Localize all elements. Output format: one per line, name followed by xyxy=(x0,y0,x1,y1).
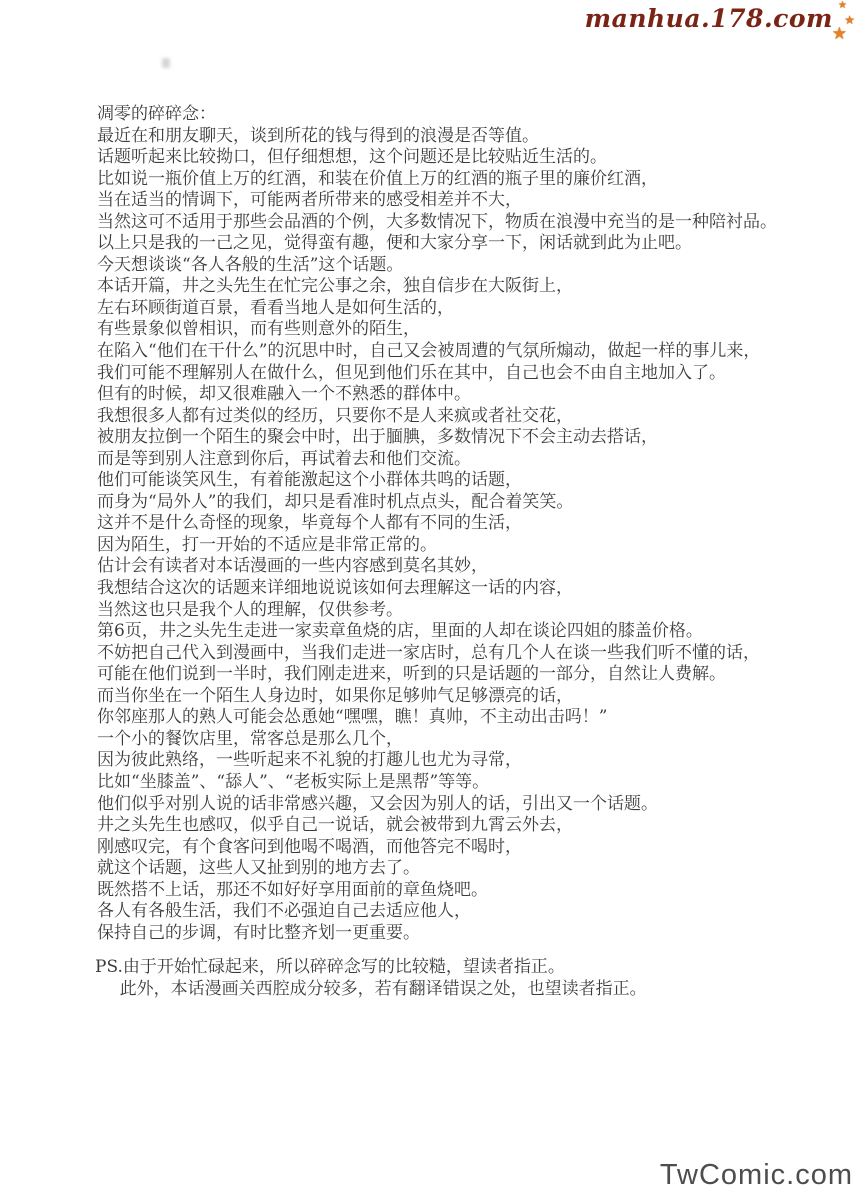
watermark-stars: ★ ★ ★ xyxy=(829,0,859,50)
text-line: 他们似乎对别人说的话非常感兴趣，又会因为别人的话，引出又一个话题。 xyxy=(97,794,817,816)
ps-line: 此外，本话漫画关西腔成分较多，若有翻译错误之处，也望读者指正。 xyxy=(95,979,815,1001)
text-line: 第6页，井之头先生走进一家卖章鱼烧的店，里面的人却在谈论四姐的膝盖价格。 xyxy=(97,621,817,643)
text-line: 最近在和朋友聊天，谈到所花的钱与得到的浪漫是否等值。 xyxy=(97,126,817,148)
text-line: 可能在他们说到一半时，我们刚走进来，听到的只是话题的一部分，自然让人费解。 xyxy=(97,664,817,686)
text-line: 在陷入“他们在干什么”的沉思中时，自己又会被周遭的气氛所煽动，做起一样的事儿来， xyxy=(97,341,817,363)
ps-line: PS.由于开始忙碌起来，所以碎碎念写的比较糙，望读者指正。 xyxy=(95,957,815,979)
text-line: 我们可能不理解别人在做什么，但见到他们乐在其中，自己也会不由自主地加入了。 xyxy=(97,363,817,385)
scan-artifact-mark xyxy=(162,58,170,68)
text-line: 我想很多人都有过类似的经历，只要你不是人来疯或者社交花， xyxy=(97,406,817,428)
text-line: 有些景象似曾相识，而有些则意外的陌生， xyxy=(97,319,817,341)
text-line: 估计会有读者对本话漫画的一些内容感到莫名其妙， xyxy=(97,556,817,578)
text-line: 但有的时候，却又很难融入一个不熟悉的群体中。 xyxy=(97,384,817,406)
text-line: 你邻座那人的熟人可能会怂恿她“嘿嘿，瞧！真帅，不主动出击吗！” xyxy=(97,707,817,729)
text-line: 比如“坐膝盖”、“舔人”、“老板实际上是黑帮”等等。 xyxy=(97,772,817,794)
text-line: 各人有各般生活，我们不必强迫自己去适应他人， xyxy=(97,901,817,923)
text-line: 而身为“局外人”的我们，却只是看准时机点点头，配合着笑笑。 xyxy=(97,492,817,514)
text-line: 刚感叹完，有个食客问到他喝不喝酒，而他答完不喝时， xyxy=(97,837,817,859)
text-line: 因为陌生，打一开始的不适应是非常正常的。 xyxy=(97,535,817,557)
text-line: 当然这也只是我个人的理解，仅供参考。 xyxy=(97,600,817,622)
text-line: 被朋友拉倒一个陌生的聚会中时，出于腼腆，多数情况下不会主动去搭话， xyxy=(97,427,817,449)
text-line: 而是等到别人注意到你后，再试着去和他们交流。 xyxy=(97,449,817,471)
text-line: 左右环顾街道百景，看看当地人是如何生活的， xyxy=(97,298,817,320)
text-line: 这并不是什么奇怪的现象，毕竟每个人都有不同的生活， xyxy=(97,513,817,535)
text-line: 当在适当的情调下，可能两者所带来的感受相差并不大， xyxy=(97,190,817,212)
text-line: 井之头先生也感叹，似乎自己一说话，就会被带到九霄云外去， xyxy=(97,815,817,837)
text-line: 凋零的碎碎念： xyxy=(97,104,817,126)
text-line: 话题听起来比较拗口，但仔细想想，这个问题还是比较贴近生活的。 xyxy=(97,147,817,169)
star-icon: ★ xyxy=(838,1,847,11)
text-line: 我想结合这次的话题来详细地说说该如何去理解这一话的内容， xyxy=(97,578,817,600)
text-line: 就这个话题，这些人又扯到别的地方去了。 xyxy=(97,858,817,880)
site-watermark-bottom: TwComic.com xyxy=(660,1159,853,1192)
text-line: 既然搭不上话，那还不如好好享用面前的章鱼烧吧。 xyxy=(97,880,817,902)
text-line: 而当你坐在一个陌生人身边时，如果你足够帅气足够漂亮的话， xyxy=(97,686,817,708)
site-watermark-top: manhua.178.com xyxy=(585,4,833,33)
text-line: 今天想谈谈“各人各般的生活”这个话题。 xyxy=(97,255,817,277)
text-line: 保持自己的步调，有时比整齐划一更重要。 xyxy=(97,923,817,945)
essay-text: 凋零的碎碎念：最近在和朋友聊天，谈到所花的钱与得到的浪漫是否等值。话题听起来比较… xyxy=(97,104,817,944)
text-line: 因为彼此熟络，一些听起来不礼貌的打趣儿也尤为寻常， xyxy=(97,750,817,772)
text-line: 以上只是我的一己之见，觉得蛮有趣，便和大家分享一下，闲话就到此为止吧。 xyxy=(97,233,817,255)
text-line: 一个小的餐饮店里，常客总是那么几个， xyxy=(97,729,817,751)
text-line: 他们可能谈笑风生，有着能激起这个小群体共鸣的话题， xyxy=(97,470,817,492)
ps-note: PS.由于开始忙碌起来，所以碎碎念写的比较糙，望读者指正。此外，本话漫画关西腔成… xyxy=(95,957,815,1000)
scanned-document-page: manhua.178.com ★ ★ ★ 凋零的碎碎念：最近在和朋友聊天，谈到所… xyxy=(0,0,859,1200)
text-line: 本话开篇，井之头先生在忙完公事之余，独自信步在大阪街上， xyxy=(97,276,817,298)
star-icon: ★ xyxy=(832,26,847,43)
text-line: 比如说一瓶价值上万的红酒，和装在价值上万的红酒的瓶子里的廉价红酒， xyxy=(97,169,817,191)
text-line: 当然这可不适用于那些会品酒的个例，大多数情况下，物质在浪漫中充当的是一种陪衬品。 xyxy=(97,212,817,234)
text-line: 不妨把自己代入到漫画中，当我们走进一家店时，总有几个人在谈一些我们听不懂的话， xyxy=(97,643,817,665)
